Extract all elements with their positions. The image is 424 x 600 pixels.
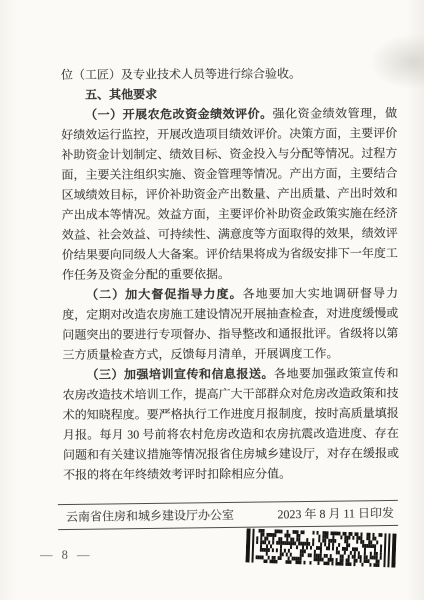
- paragraph-text: 各地要加强政策宣传和农房改造技术培训工作，提高广大干部群众对危房改造政策和技术的…: [63, 366, 399, 482]
- paragraph-item-3: （三）加强培训宣传和信息报送。各地要加强政策宣传和农房改造技术培训工作，提高广大…: [62, 363, 399, 485]
- page-number: — 8 —: [40, 548, 93, 563]
- print-date: 2023 年 8 月 11 日印发: [277, 504, 394, 522]
- barcode-icon: [245, 528, 396, 567]
- colophon: 云南省住房和城乡建设厅办公室 2023 年 8 月 11 日印发: [58, 500, 398, 530]
- scanned-document-page: 位（工匠）及专业技术人员等进行综合验收。 五、其他要求 （一）开展农危改资金绩效…: [0, 0, 424, 600]
- paragraph-continuation: 位（工匠）及专业技术人员等进行综合验收。: [61, 63, 397, 85]
- paragraph-lead: （二）加大督促指导力度。: [86, 287, 243, 302]
- paragraph-lead: （一）开展农危改资金绩效评价。: [85, 107, 273, 122]
- section-heading: 五、其他要求: [61, 83, 397, 105]
- paragraph-item-1: （一）开展农危改资金绩效评价。强化资金绩效管理，做好绩效运行监控，开展改造项目绩…: [61, 103, 398, 285]
- document-body: 位（工匠）及专业技术人员等进行综合验收。 五、其他要求 （一）开展农危改资金绩效…: [61, 63, 399, 485]
- paragraph-lead: （三）加强培训宣传和信息报送。: [86, 367, 274, 382]
- issuer-office: 云南省住房和城乡建设厅办公室: [66, 506, 234, 525]
- paragraph-text: 强化资金绩效管理，做好绩效运行监控，开展改造项目绩效评价。决策方面，主要评价补助…: [61, 106, 398, 282]
- paragraph-item-2: （二）加大督促指导力度。各地要加大实地调研督导力度，定期对改造农房施工建设情况开…: [62, 283, 398, 365]
